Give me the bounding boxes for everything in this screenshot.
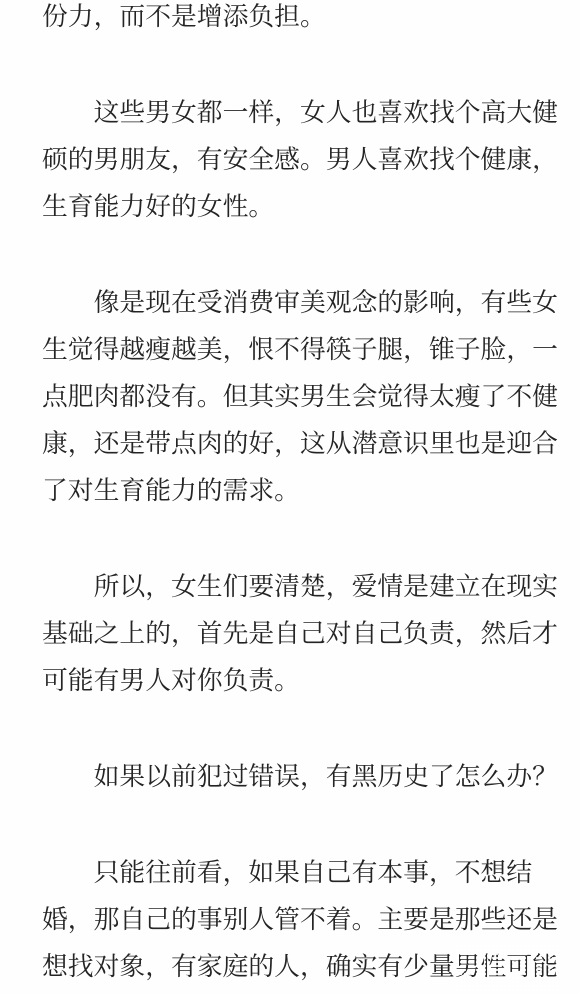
paragraph: 像是现在受消费审美观念的影响，有些女生觉得越瘦越美，恨不得筷子腿，锥子脸，一点肥… xyxy=(42,280,560,515)
article-body: 份力，而不是增添负担。这些男女都一样，女人也喜欢找个高大健硕的男朋友，有安全感。… xyxy=(42,0,560,991)
paragraph: 份力，而不是增添负担。 xyxy=(42,0,560,41)
paragraph: 如果以前犯过错误，有黑历史了怎么办？ xyxy=(42,754,560,801)
article-page: 份力，而不是增添负担。这些男女都一样，女人也喜欢找个高大健硕的男朋友，有安全感。… xyxy=(0,0,580,994)
paragraph: 所以，女生们要清楚，爱情是建立在现实基础之上的，首先是自己对自己负责，然后才可能… xyxy=(42,564,560,705)
paragraph: 只能往前看，如果自己有本事，不想结婚，那自己的事别人管不着。主要是那些还是想找对… xyxy=(42,850,560,991)
paragraph: 这些男女都一样，女人也喜欢找个高大健硕的男朋友，有安全感。男人喜欢找个健康，生育… xyxy=(42,90,560,231)
